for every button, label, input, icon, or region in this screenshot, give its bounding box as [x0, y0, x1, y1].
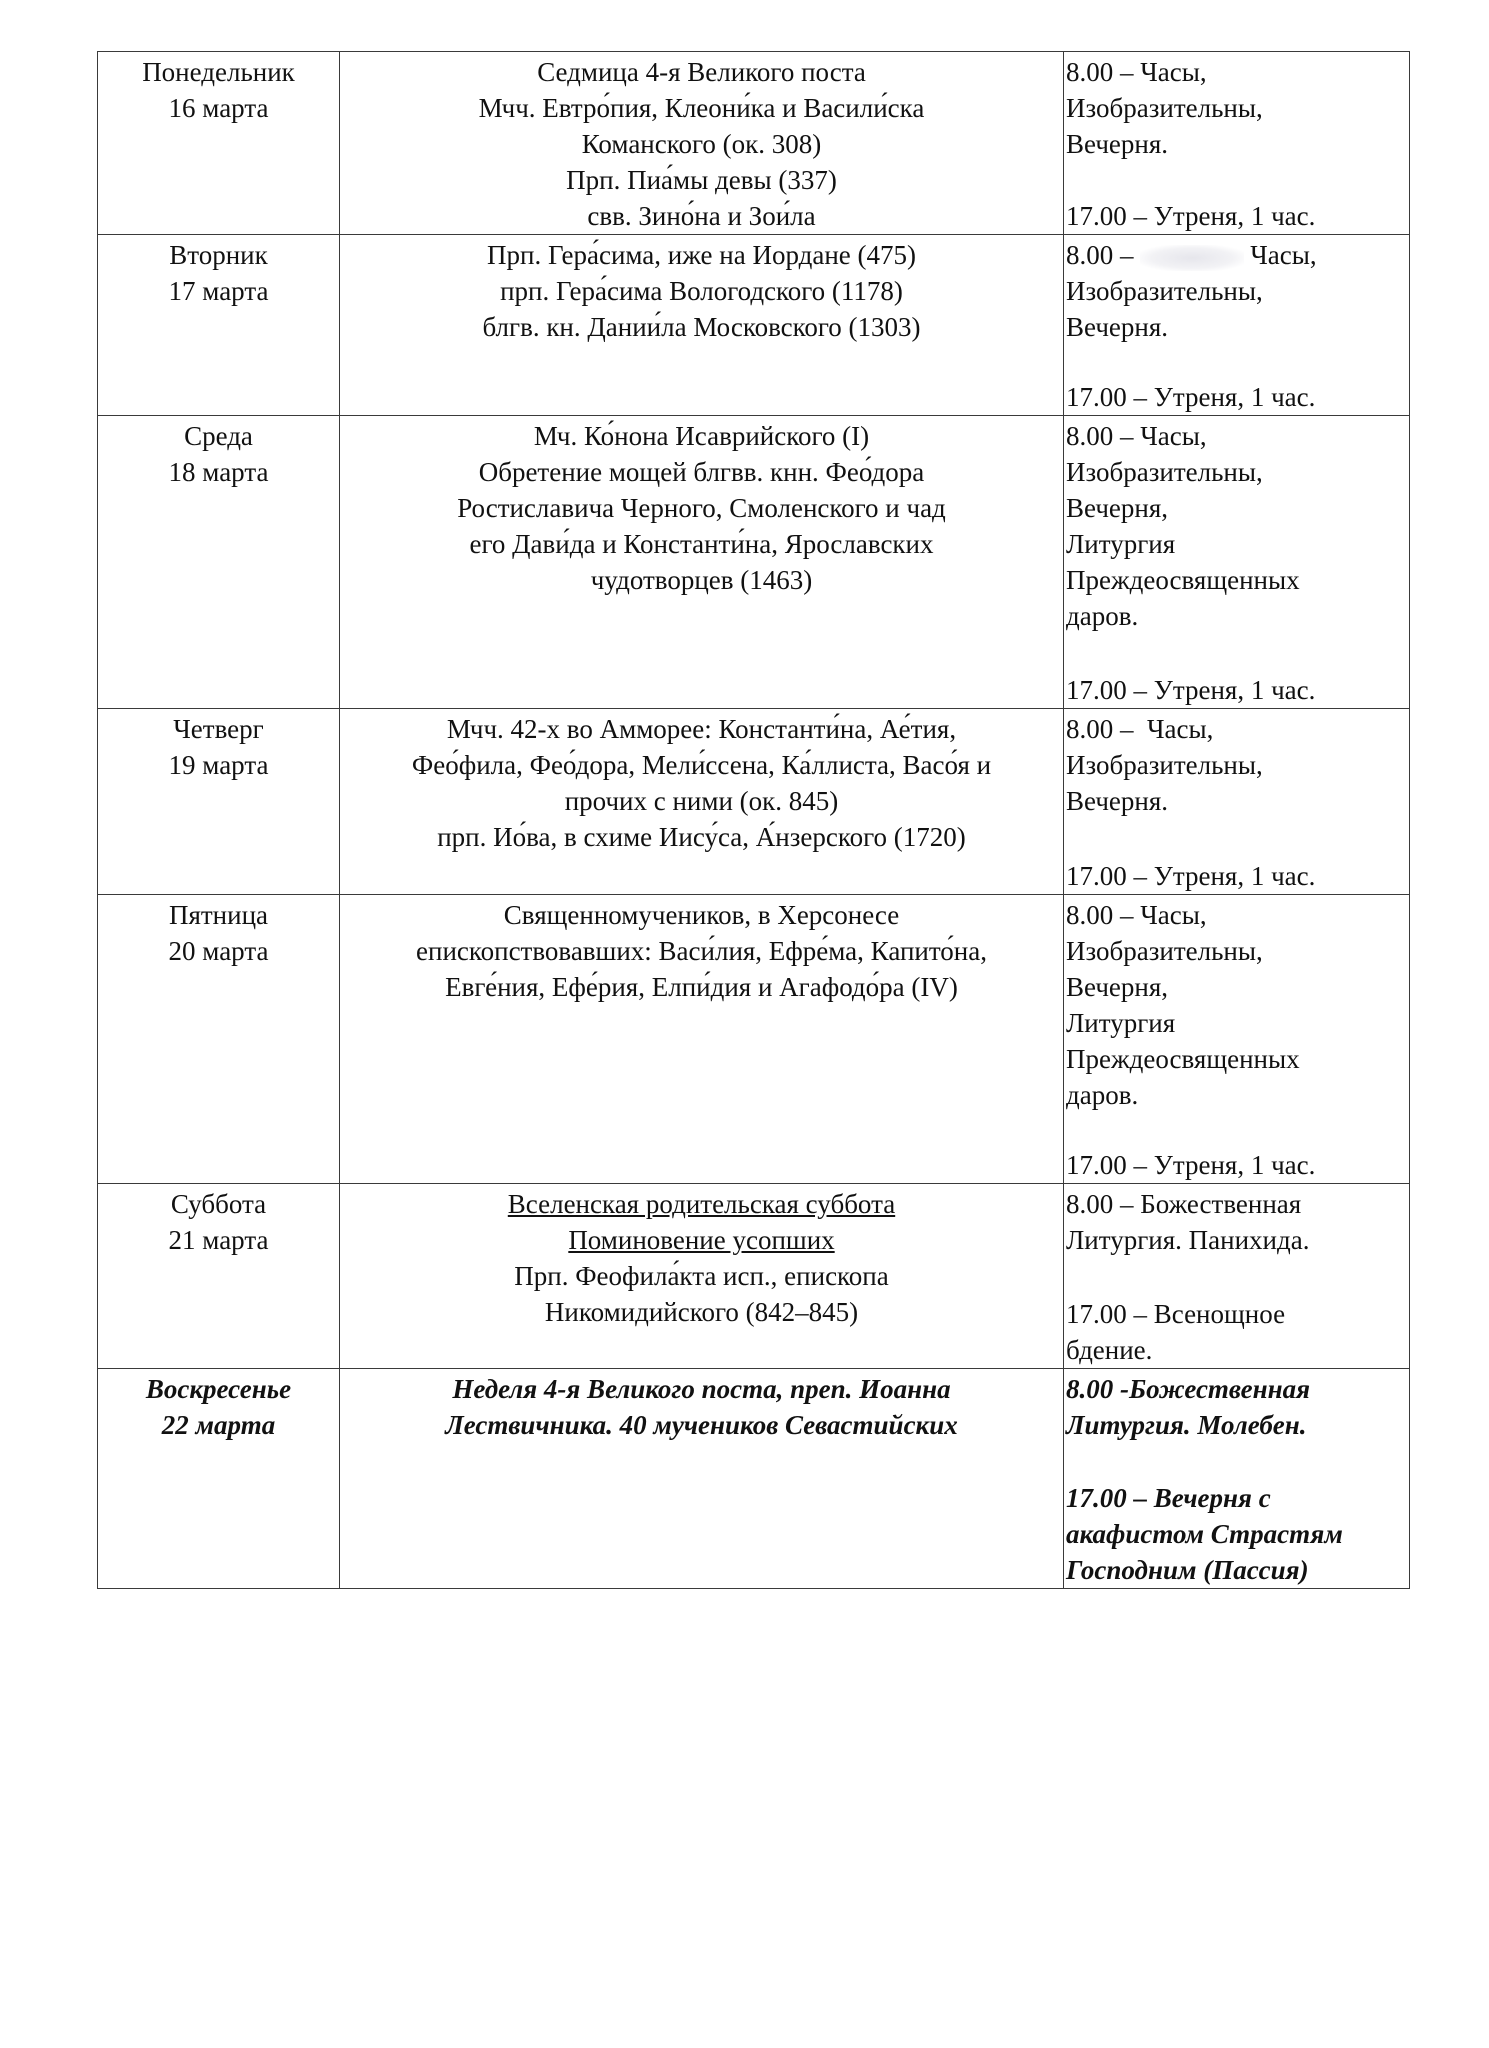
- day-cell: Вторник 17 марта: [98, 235, 340, 416]
- date: 19 марта: [98, 747, 339, 783]
- service-line: 8.00 – Часы,: [1066, 711, 1409, 747]
- feast-line: прп. Ио́ва, в схиме Иису́са, А́нзерского…: [340, 819, 1063, 855]
- date: 22 марта: [98, 1407, 339, 1443]
- feast-line: Никомидийского (842–845): [340, 1294, 1063, 1330]
- weekly-service-schedule: Понедельник 16 марта Седмица 4-я Великог…: [97, 51, 1410, 1589]
- feast-cell: Мч. Ко́нона Исаврийского (I) Обретение м…: [340, 416, 1064, 709]
- service-line: даров.: [1066, 1077, 1409, 1113]
- evening-services: 17.00 – Утреня, 1 час.: [1066, 1147, 1315, 1183]
- date: 17 марта: [98, 273, 339, 309]
- feast-line: Прп. Пиа́мы девы (337): [340, 162, 1063, 198]
- services-cell: 8.00 – Часы, Изобразительны, Вечерня, Ли…: [1064, 895, 1410, 1184]
- service-line: акафистом Страстям: [1066, 1516, 1343, 1552]
- services-cell: 8.00 – Часы, Изобразительны, Вечерня. 17…: [1064, 52, 1410, 235]
- feast-line: Неделя 4-я Великого поста, преп. Иоанна: [340, 1371, 1063, 1407]
- feast-line: Команского (ок. 308): [340, 126, 1063, 162]
- service-line: 17.00 – Утреня, 1 час.: [1066, 858, 1315, 894]
- feast-cell: Седмица 4-я Великого поста Мчч. Евтро́пи…: [340, 52, 1064, 235]
- evening-services: 17.00 – Всенощное бдение.: [1066, 1296, 1285, 1368]
- day-cell: Воскресенье 22 марта: [98, 1369, 340, 1589]
- table-row: Вторник 17 марта Прп. Гера́сима, иже на …: [98, 235, 1410, 416]
- date: 21 марта: [98, 1222, 339, 1258]
- service-line: 17.00 – Утреня, 1 час.: [1066, 379, 1315, 415]
- service-line: Вечерня.: [1066, 126, 1409, 162]
- service-line: Литургия: [1066, 526, 1409, 562]
- feast-line: блгв. кн. Дании́ла Московского (1303): [340, 309, 1063, 345]
- feast-line: Лествичника. 40 мучеников Севастийских: [340, 1407, 1063, 1443]
- service-line: даров.: [1066, 598, 1409, 634]
- evening-services: 17.00 – Утреня, 1 час.: [1066, 198, 1315, 234]
- service-line: 8.00 – Часы,: [1066, 237, 1409, 273]
- feast-line: Обретение мощей блгвв. кнн. Фео́дора: [340, 454, 1063, 490]
- service-line: 8.00 – Часы,: [1066, 54, 1409, 90]
- date: 16 марта: [98, 90, 339, 126]
- service-line: 17.00 – Всенощное: [1066, 1296, 1285, 1332]
- day-cell: Пятница 20 марта: [98, 895, 340, 1184]
- feast-line: прочих с ними (ок. 845): [340, 783, 1063, 819]
- feast-line: прп. Гера́сима Вологодского (1178): [340, 273, 1063, 309]
- feast-line: Прп. Феофила́кта исп., епископа: [340, 1258, 1063, 1294]
- feast-line: Мчч. Евтро́пия, Клеони́ка и Васили́ска: [340, 90, 1063, 126]
- feast-cell: Священномучеников, в Херсонесе епископст…: [340, 895, 1064, 1184]
- service-line: Литургия. Панихида.: [1066, 1222, 1409, 1258]
- table-row: Понедельник 16 марта Седмица 4-я Великог…: [98, 52, 1410, 235]
- service-line: Изобразительны,: [1066, 454, 1409, 490]
- feast-line: Евге́ния, Ефе́рия, Елпи́дия и Агафодо́ра…: [340, 969, 1063, 1005]
- services-cell: 8.00 -Божественная Литургия. Молебен. 17…: [1064, 1369, 1410, 1589]
- service-line: 17.00 – Вечерня с: [1066, 1480, 1343, 1516]
- table-row: Воскресенье 22 марта Неделя 4-я Великого…: [98, 1369, 1410, 1589]
- day-cell: Среда 18 марта: [98, 416, 340, 709]
- day-cell: Понедельник 16 марта: [98, 52, 340, 235]
- weekday: Среда: [98, 418, 339, 454]
- schedule-body: Понедельник 16 марта Седмица 4-я Великог…: [98, 52, 1410, 1589]
- table-row: Четверг 19 марта Мчч. 42-х во Амморее: К…: [98, 709, 1410, 895]
- evening-services: 17.00 – Утреня, 1 час.: [1066, 672, 1315, 708]
- day-cell: Четверг 19 марта: [98, 709, 340, 895]
- feast-line: епископствовавших: Васи́лия, Ефре́ма, Ка…: [340, 933, 1063, 969]
- feast-line: Мчч. 42-х во Амморее: Константи́на, Ае́т…: [340, 711, 1063, 747]
- service-line: Вечерня,: [1066, 490, 1409, 526]
- feast-line: чудотворцев (1463): [340, 562, 1063, 598]
- service-line: Изобразительны,: [1066, 90, 1409, 126]
- feast-cell: Мчч. 42-х во Амморее: Константи́на, Ае́т…: [340, 709, 1064, 895]
- service-line: 8.00 – Божественная: [1066, 1186, 1409, 1222]
- feast-cell: Прп. Гера́сима, иже на Иордане (475) прп…: [340, 235, 1064, 416]
- services-cell: 8.00 – Часы, Изобразительны, Вечерня, Ли…: [1064, 416, 1410, 709]
- services-cell: 8.00 – Часы, Изобразительны, Вечерня. 17…: [1064, 709, 1410, 895]
- service-line: Господним (Пассия): [1066, 1552, 1343, 1588]
- weekday: Понедельник: [98, 54, 339, 90]
- service-line: Литургия: [1066, 1005, 1409, 1041]
- service-line: 17.00 – Утреня, 1 час.: [1066, 1147, 1315, 1183]
- day-cell: Суббота 21 марта: [98, 1184, 340, 1369]
- service-line: 8.00 -Божественная: [1066, 1371, 1409, 1407]
- feast-heading: Вселенская родительская суббота: [508, 1189, 895, 1219]
- service-line: бдение.: [1066, 1332, 1285, 1368]
- table-row: Среда 18 марта Мч. Ко́нона Исаврийского …: [98, 416, 1410, 709]
- feast-line: Священномучеников, в Херсонесе: [340, 897, 1063, 933]
- feast-line: свв. Зино́на и Зои́ла: [340, 198, 1063, 234]
- weekday: Суббота: [98, 1186, 339, 1222]
- service-line: Вечерня.: [1066, 783, 1409, 819]
- service-line: 8.00 – Часы,: [1066, 418, 1409, 454]
- service-line: 17.00 – Утреня, 1 час.: [1066, 672, 1315, 708]
- service-line: 8.00 – Часы,: [1066, 897, 1409, 933]
- evening-services: 17.00 – Вечерня с акафистом Страстям Гос…: [1066, 1480, 1343, 1588]
- feast-line: его Дави́да и Константи́на, Ярославских: [340, 526, 1063, 562]
- service-line: Преждеосвященных: [1066, 1041, 1409, 1077]
- weekday: Пятница: [98, 897, 339, 933]
- feast-line: Фео́фила, Фео́дора, Мели́ссена, Ка́ллист…: [340, 747, 1063, 783]
- feast-line: Прп. Гера́сима, иже на Иордане (475): [340, 237, 1063, 273]
- feast-line: Мч. Ко́нона Исаврийского (I): [340, 418, 1063, 454]
- service-line: Вечерня.: [1066, 309, 1409, 345]
- service-line: Изобразительны,: [1066, 273, 1409, 309]
- evening-services: 17.00 – Утреня, 1 час.: [1066, 379, 1315, 415]
- services-cell: 8.00 – Божественная Литургия. Панихида. …: [1064, 1184, 1410, 1369]
- service-name: Часы,: [1250, 240, 1316, 270]
- date: 20 марта: [98, 933, 339, 969]
- service-line: 17.00 – Утреня, 1 час.: [1066, 198, 1315, 234]
- feast-cell: Вселенская родительская суббота Поминове…: [340, 1184, 1064, 1369]
- erased-text-mark: [1140, 245, 1244, 271]
- service-line: Преждеосвященных: [1066, 562, 1409, 598]
- feast-line: Ростиславича Черного, Смоленского и чад: [340, 490, 1063, 526]
- service-line: Изобразительны,: [1066, 747, 1409, 783]
- service-line: Вечерня,: [1066, 969, 1409, 1005]
- date: 18 марта: [98, 454, 339, 490]
- feast-line: Седмица 4-я Великого поста: [340, 54, 1063, 90]
- feast-cell: Неделя 4-я Великого поста, преп. Иоанна …: [340, 1369, 1064, 1589]
- services-cell: 8.00 – Часы, Изобразительны, Вечерня. 17…: [1064, 235, 1410, 416]
- weekday: Вторник: [98, 237, 339, 273]
- table-row: Пятница 20 марта Священномучеников, в Хе…: [98, 895, 1410, 1184]
- weekday: Четверг: [98, 711, 339, 747]
- service-line: Литургия. Молебен.: [1066, 1407, 1409, 1443]
- table-row: Суббота 21 марта Вселенская родительская…: [98, 1184, 1410, 1369]
- feast-heading: Поминовение усопших: [568, 1225, 834, 1255]
- weekday: Воскресенье: [98, 1371, 339, 1407]
- service-line: Изобразительны,: [1066, 933, 1409, 969]
- evening-services: 17.00 – Утреня, 1 час.: [1066, 858, 1315, 894]
- service-time: 8.00 –: [1066, 240, 1134, 270]
